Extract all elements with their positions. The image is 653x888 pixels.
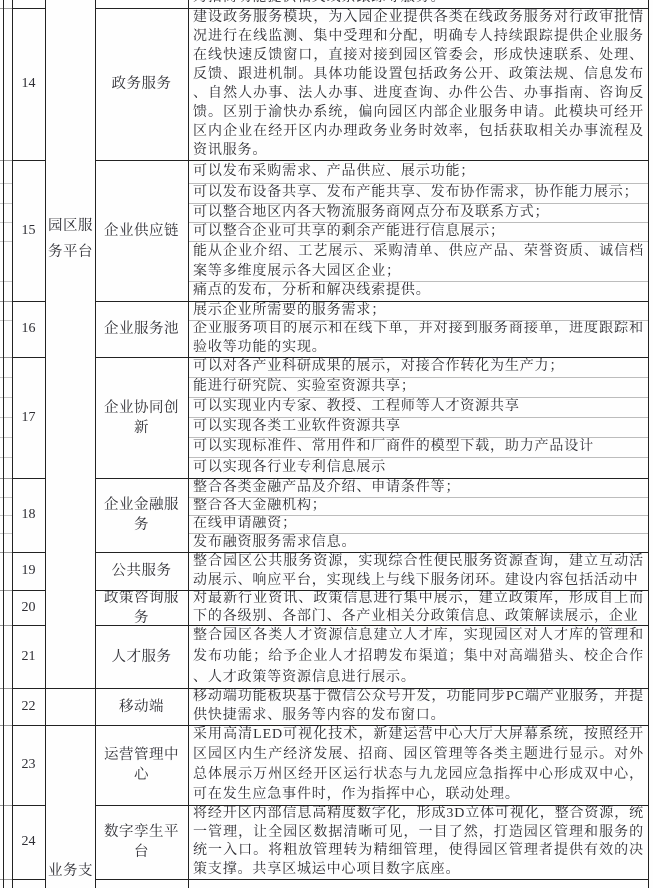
service-name: 政策咨询服务 — [96, 590, 187, 625]
grid-line — [95, 552, 649, 553]
description-line: 可以对各产业科研成果的展示，对接合作转化为生产力； — [189, 357, 648, 377]
grid-line — [12, 8, 45, 9]
service-description: 将经开区内部信息高精度数字化，形成3D立体可视化，整合资源，统一管理，让全园区数… — [189, 805, 648, 879]
clipped-row-text: 为招商功能提供相关线索跟踪等服务。 — [189, 0, 648, 7]
grid-line — [12, 478, 45, 479]
grid-line — [188, 241, 649, 242]
description-line: 可以实现各类工业软件资源共享 — [189, 417, 648, 437]
grid-line — [0, 625, 12, 626]
row-number: 24 — [13, 805, 44, 879]
grid-line — [12, 357, 45, 358]
grid-line — [0, 222, 12, 223]
service-description: 整合园区各类人才资源信息建立人才库，实现园区对人才库的管理和发布功能；给予企业人… — [189, 625, 648, 688]
grid-line — [12, 552, 45, 553]
service-description: 移动端功能板块基于微信公众号开发，功能同步PC端产业服务，并提供快捷需求、服务等… — [189, 688, 648, 725]
grid-line — [188, 417, 649, 418]
service-description: 采用高清LED可视化技术，新建运营中心大厅大屏幕系统，按照经开区园区内生产经济发… — [189, 725, 648, 805]
description-line: 痛点的发布，分析和解决线索提供。 — [189, 281, 648, 301]
service-description: 建设政务服务模块，为入园企业提供各类在线政务服务对行政审批情况进行在线监测、集中… — [189, 8, 648, 160]
grid-line — [0, 160, 12, 161]
service-description: 整合园区公共服务资源，实现综合性便民服务资源查询，建立互动活动展示、响应平台，实… — [189, 552, 648, 590]
description-line: 企业服务项目的展示和在线下单，并对接到服务商接单，进度跟踪和验收等功能的实现。 — [189, 320, 648, 357]
grid-line — [188, 222, 649, 223]
row-number: 16 — [13, 301, 44, 357]
grid-line — [0, 183, 12, 184]
row-number: 18 — [13, 478, 44, 552]
service-name: 移动端 — [96, 688, 187, 725]
grid-line — [0, 8, 12, 9]
grid-line — [0, 497, 12, 498]
row-number: 14 — [13, 8, 44, 160]
description-line: 可以实现各行业专利信息展示 — [189, 457, 648, 478]
service-name: 企业金融服务 — [96, 478, 187, 552]
grid-line — [12, 160, 45, 161]
grid-line — [0, 357, 12, 358]
grid-line — [0, 377, 12, 378]
grid-line — [188, 281, 649, 282]
service-name: 运营管理中心 — [96, 725, 187, 805]
grid-line — [0, 725, 12, 726]
grid-line — [95, 590, 649, 591]
row-number: 15 — [13, 160, 44, 301]
grid-line — [0, 241, 12, 242]
grid-line — [0, 552, 12, 553]
grid-line — [188, 397, 649, 398]
grid-line — [0, 417, 12, 418]
grid-line — [188, 457, 649, 458]
grid-line — [0, 397, 12, 398]
service-name: 企业协同创新 — [96, 357, 187, 478]
description-line: 发布融资服务需求信息。 — [189, 533, 648, 552]
grid-line — [12, 625, 45, 626]
row-number: 22 — [13, 688, 44, 725]
document-page: 为招商功能提供相关线索跟踪等服务。 14 15 16 17 18 19 20 2… — [0, 0, 653, 888]
grid-line — [0, 301, 12, 302]
grid-line — [0, 515, 12, 516]
category-label-park-service-platform: 园区服务平台 — [46, 213, 95, 267]
row-number: 19 — [13, 552, 44, 590]
row-number: 23 — [13, 725, 44, 805]
description-line: 可以发布采购需求、产品供应、展示功能； — [189, 160, 648, 183]
grid-line — [0, 478, 12, 479]
service-description: 对最新行业资讯、政策信息进行集中展示，建立政策库，形成自上而下的各级别、各部门、… — [189, 590, 648, 625]
grid-line — [95, 160, 649, 161]
service-name: 企业供应链 — [96, 160, 187, 301]
grid-line — [0, 533, 12, 534]
grid-line — [0, 320, 12, 321]
grid-line — [95, 805, 649, 806]
description-line: 展示企业所需要的服务需求； — [189, 301, 648, 320]
grid-line — [648, 0, 649, 888]
grid-line — [0, 281, 12, 282]
grid-line — [95, 357, 649, 358]
grid-line — [95, 879, 649, 880]
grid-line — [188, 203, 649, 204]
grid-line — [188, 377, 649, 378]
row-number: 17 — [13, 357, 44, 478]
grid-line — [188, 497, 649, 498]
grid-line — [12, 301, 45, 302]
grid-line — [0, 688, 12, 689]
grid-line — [188, 183, 649, 184]
grid-line — [3, 0, 4, 888]
grid-line — [188, 515, 649, 516]
description-line: 整合各大金融机构； — [189, 497, 648, 515]
description-line: 可以实现业内专家、教授、工程师等人才资源共享 — [189, 397, 648, 417]
grid-line — [95, 8, 649, 9]
grid-line — [12, 725, 649, 726]
grid-line — [12, 805, 45, 806]
grid-line — [95, 301, 649, 302]
grid-line — [45, 0, 46, 888]
row-number: 21 — [13, 625, 44, 688]
service-name: 人才服务 — [96, 625, 187, 688]
description-line: 整合各类金融产品及介绍、申请条件等； — [189, 478, 648, 497]
grid-line — [188, 320, 649, 321]
description-line: 能从企业介绍、工艺展示、采购清单、供应产品、荣誉资质、诚信档案等多维度展示各大园… — [189, 241, 648, 281]
description-line: 能进行研究院、实验室资源共享； — [189, 377, 648, 397]
grid-line — [12, 879, 45, 880]
grid-line — [12, 688, 649, 689]
grid-line — [188, 0, 189, 888]
description-line: 可以整合地区内各大物流服务商网点分布及联系方式； — [189, 203, 648, 222]
grid-line — [188, 533, 649, 534]
grid-line — [0, 457, 12, 458]
grid-line — [12, 0, 13, 888]
grid-line — [95, 0, 96, 888]
description-line: 可以实现标准件、常用件和厂商件的模型下载，助力产品设计 — [189, 437, 648, 457]
grid-line — [95, 625, 649, 626]
grid-line — [0, 879, 12, 880]
service-name: 数字孪生平台 — [96, 805, 187, 879]
service-name: 企业服务池 — [96, 301, 187, 357]
service-name: 公共服务 — [96, 552, 187, 590]
description-line: 可以发布设备共享、发布产能共享、发布协作需求，协作能力展示； — [189, 183, 648, 203]
service-name: 政务服务 — [96, 8, 187, 160]
category-label-business-support: 业务支 — [46, 860, 95, 888]
grid-line — [0, 590, 12, 591]
grid-line — [0, 203, 12, 204]
grid-line — [0, 805, 12, 806]
grid-line — [188, 437, 649, 438]
description-line: 可以整合企业可共享的剩余产能进行信息展示； — [189, 222, 648, 241]
grid-line — [0, 437, 12, 438]
grid-line — [12, 590, 45, 591]
row-number: 20 — [13, 590, 44, 625]
grid-line — [95, 478, 649, 479]
description-line: 在线申请融资； — [189, 515, 648, 533]
